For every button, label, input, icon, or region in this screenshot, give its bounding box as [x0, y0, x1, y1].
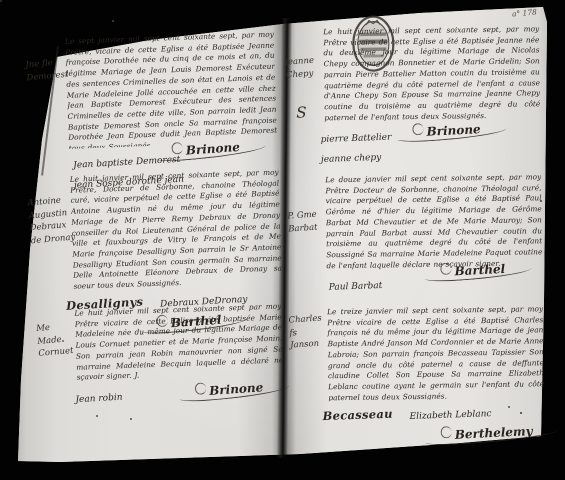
right-page: a° 178 jeanne Chepy S Le huit janvier mi…: [285, 4, 549, 460]
signature-row: Becasseau Elizabeth Leblanc Berthelemy: [322, 401, 549, 452]
margin-note: Me Made Cornuet: [36, 320, 74, 360]
entry-body: Le douze janvier mil sept cent soixante …: [325, 172, 542, 271]
signature: Elizabeth Leblanc: [410, 409, 492, 423]
signature: Jean robin: [75, 393, 123, 407]
signature: pierre Battelier: [321, 133, 392, 147]
margin-note: jeanne Chepy: [285, 55, 315, 82]
scanned-register-photo: Jne fle Demorest Le sept janvier mil sep…: [0, 0, 565, 480]
baptism-entry: jeanne Chepy S Le huit janvier mil sept …: [285, 24, 545, 157]
signature-row: Jean robin Brinone: [75, 379, 289, 420]
entry-body: Le sept janvier mil sept cent soixante s…: [65, 30, 278, 149]
baptism-entry: Me Made Cornuet Le huit janvier mil sept…: [22, 301, 289, 422]
folio-number: a° 178: [512, 7, 538, 18]
signature: Becasseau: [322, 409, 393, 423]
entry-body: Le huit janvier mil sept cent soixante s…: [323, 24, 540, 123]
priest-signature-paraph: Barthel: [438, 262, 521, 281]
left-page: Jne fle Demorest Le sept janvier mil sep…: [12, 20, 290, 465]
ink-specks: [0, 0, 2, 2]
entry-body: Le huit janvier mil sept cent soixante s…: [74, 302, 283, 384]
margin-note: Charles fs Janson: [288, 312, 324, 352]
signature: Paul Barbat: [329, 281, 383, 294]
signature-row: pierre Battelier jeanne chepy Brinone: [321, 124, 545, 157]
baptism-entry: P. Gme Barbat Le douze janvier mil sept …: [287, 172, 547, 301]
priest-signature-paraph: Brinone: [193, 380, 280, 401]
margin-note: Antoine Augustin Debraux de Dronay: [27, 194, 76, 248]
priest-signature-paraph: Brinone: [410, 123, 497, 142]
entry-body: Le huit janvier mil sept cent soixante s…: [70, 168, 283, 291]
priest-signature-paraph: Berthelemy: [439, 424, 549, 444]
margin-note: P. Gme Barbat: [287, 209, 318, 236]
signature-row: Paul Barbat Barthel: [329, 272, 547, 301]
signature: jeanne chepy: [321, 153, 382, 167]
margin-note: Jne fle Demorest: [25, 56, 69, 85]
baptism-entry: Charles fs Janson Le treize janvier mil …: [289, 304, 549, 453]
margin-paraph: S: [296, 106, 306, 121]
entry-body: Le treize janvier mil sept cent soixante…: [327, 304, 544, 401]
baptism-entry: Jne fle Demorest Le sept janvier mil sep…: [13, 30, 281, 182]
